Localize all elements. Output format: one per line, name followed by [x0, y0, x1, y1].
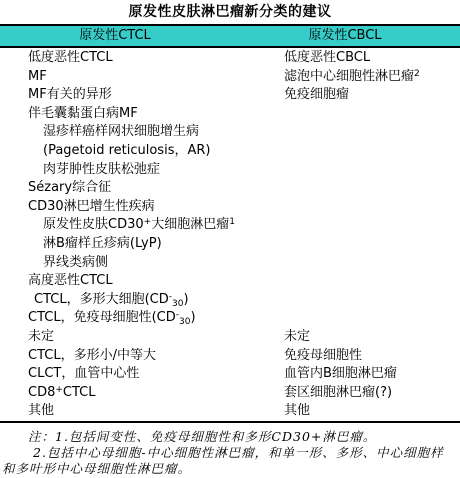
- table-row: CTCL，多形大细胞(CD-30): [0, 291, 460, 310]
- ctcl-cell: 低度恶性CTCL: [0, 49, 240, 68]
- cbcl-cell: 免疫细胞瘤: [240, 86, 460, 105]
- table-row: MF滤泡中心细胞性淋巴瘤2: [0, 68, 460, 87]
- cbcl-cell: [240, 179, 460, 198]
- table-row: CLCT，血管中心性血管内B细胞淋巴瘤: [0, 365, 460, 384]
- ctcl-cell: Sézary综合征: [0, 179, 240, 198]
- ctcl-cell: 伴毛囊黏蛋白病MF: [0, 105, 240, 124]
- table-row: 未定未定: [0, 328, 460, 347]
- cbcl-cell: 免疫母细胞性: [240, 347, 460, 366]
- table-row: 淋B瘤样丘疹病(LyP): [0, 235, 460, 254]
- table-row: 其他其他: [0, 402, 460, 421]
- ctcl-cell: CD30淋巴增生性疾病: [0, 198, 240, 217]
- cbcl-cell: [240, 161, 460, 180]
- ctcl-cell: MF: [0, 68, 240, 87]
- table-row: CTCL，免疫母细胞性(CD-30): [0, 309, 460, 328]
- cbcl-cell: 其他: [240, 402, 460, 421]
- table-row: 高度恶性CTCL: [0, 272, 460, 291]
- ctcl-cell: 原发性皮肤CD30+大细胞淋巴瘤1: [0, 216, 240, 235]
- ctcl-cell: 淋B瘤样丘疹病(LyP): [0, 235, 240, 254]
- table-row: MF有关的异形免疫细胞瘤: [0, 86, 460, 105]
- footnotes: 注：1.包括间变性、免疫母细胞性和多形CD30+淋巴瘤。 2.包括中心母细胞-中…: [0, 423, 460, 477]
- header-ctcl: 原发性CTCL: [0, 26, 230, 46]
- table-row: CD8+CTCL套区细胞淋巴瘤(?): [0, 384, 460, 403]
- ctcl-cell: 肉芽肿性皮肤松弛症: [0, 161, 240, 180]
- cbcl-cell: 套区细胞淋巴瘤(?): [240, 384, 460, 403]
- cbcl-cell: [240, 291, 460, 310]
- cbcl-cell: [240, 216, 460, 235]
- ctcl-cell: 高度恶性CTCL: [0, 272, 240, 291]
- ctcl-cell: CTCL，多形大细胞(CD-30): [0, 291, 240, 310]
- table-row: 湿疹样癌样网状细胞增生病: [0, 123, 460, 142]
- table-row: Sézary综合征: [0, 179, 460, 198]
- table-row: CTCL，多形小/中等大免疫母细胞性: [0, 347, 460, 366]
- page-title: 原发性皮肤淋巴瘤新分类的建议: [0, 0, 460, 24]
- footnote-line: 2.包括中心母细胞-中心细胞性淋巴瘤，和单一形、多形、中心细胞样: [0, 445, 460, 461]
- table-body: 低度恶性CTCL低度恶性CBCLMF滤泡中心细胞性淋巴瘤2MF有关的异形免疫细胞…: [0, 48, 460, 423]
- cbcl-cell: [240, 123, 460, 142]
- table-row: 界线类病侧: [0, 254, 460, 273]
- table-row: 低度恶性CTCL低度恶性CBCL: [0, 49, 460, 68]
- cbcl-cell: [240, 272, 460, 291]
- cbcl-cell: [240, 142, 460, 161]
- footnote-line: 和多叶形中心母细胞性淋巴瘤。: [0, 461, 460, 477]
- ctcl-cell: CTCL，免疫母细胞性(CD-30): [0, 309, 240, 328]
- ctcl-cell: MF有关的异形: [0, 86, 240, 105]
- ctcl-cell: 其他: [0, 402, 240, 421]
- classification-table: 原发性CTCL 原发性CBCL 低度恶性CTCL低度恶性CBCLMF滤泡中心细胞…: [0, 24, 460, 423]
- ctcl-cell: 未定: [0, 328, 240, 347]
- cbcl-cell: 滤泡中心细胞性淋巴瘤2: [240, 68, 460, 87]
- table-row: 伴毛囊黏蛋白病MF: [0, 105, 460, 124]
- ctcl-cell: CTCL，多形小/中等大: [0, 347, 240, 366]
- cbcl-cell: [240, 198, 460, 217]
- cbcl-cell: [240, 235, 460, 254]
- table-row: (Pagetoid reticulosis，AR): [0, 142, 460, 161]
- document-page: 原发性皮肤淋巴瘤新分类的建议 原发性CTCL 原发性CBCL 低度恶性CTCL低…: [0, 0, 460, 478]
- cbcl-cell: [240, 105, 460, 124]
- ctcl-cell: 界线类病侧: [0, 254, 240, 273]
- cbcl-cell: 低度恶性CBCL: [240, 49, 460, 68]
- table-row: 肉芽肿性皮肤松弛症: [0, 161, 460, 180]
- table-header-row: 原发性CTCL 原发性CBCL: [0, 24, 460, 48]
- ctcl-cell: CLCT，血管中心性: [0, 365, 240, 384]
- cbcl-cell: 未定: [240, 328, 460, 347]
- cbcl-cell: [240, 309, 460, 328]
- ctcl-cell: 湿疹样癌样网状细胞增生病: [0, 123, 240, 142]
- ctcl-cell: (Pagetoid reticulosis，AR): [0, 142, 240, 161]
- cbcl-cell: [240, 254, 460, 273]
- footnote-line: 注：1.包括间变性、免疫母细胞性和多形CD30+淋巴瘤。: [0, 429, 460, 445]
- header-cbcl: 原发性CBCL: [230, 26, 460, 46]
- ctcl-cell: CD8+CTCL: [0, 384, 240, 403]
- cbcl-cell: 血管内B细胞淋巴瘤: [240, 365, 460, 384]
- table-row: 原发性皮肤CD30+大细胞淋巴瘤1: [0, 216, 460, 235]
- table-row: CD30淋巴增生性疾病: [0, 198, 460, 217]
